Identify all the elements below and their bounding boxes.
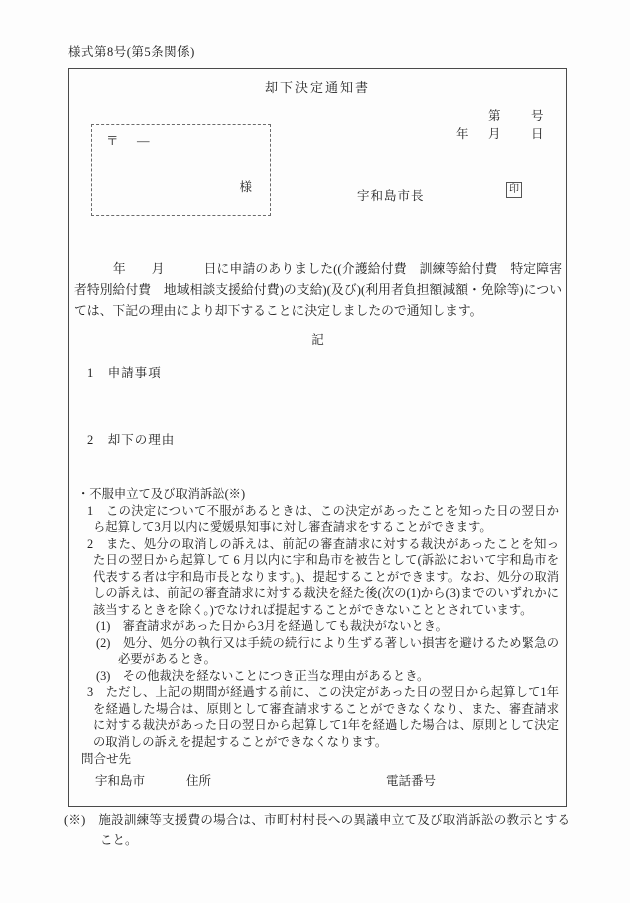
postal-code-field: 〒 ― (106, 131, 153, 149)
rejection-reason-heading: 2 却下の理由 (87, 430, 175, 448)
doc-number-suffix: 号 (531, 106, 544, 124)
document-page: 様式第8号(第5条関係) 却下決定通知書 第 号 年 月 日 〒 ― 様 宇和島… (0, 0, 630, 903)
document-title: 却下決定通知書 (69, 77, 566, 96)
contact-city: 宇和島市 (95, 771, 145, 789)
addressee-honorific: 様 (239, 177, 252, 195)
footnote: (※) 施設訓練等支援費の場合は、市町村村長への異議申立て及び取消訴訟の教示とす… (64, 810, 570, 850)
date-month-label: 月 (488, 124, 501, 142)
sender-title: 宇和島市長 (357, 186, 425, 204)
application-items-heading: 1 申請事項 (87, 363, 162, 381)
contact-section: 問合せ先 宇和島市 住所 電話番号 (81, 749, 556, 789)
date-year-label: 年 (456, 124, 469, 142)
contact-phone-label: 電話番号 (386, 771, 436, 789)
doc-number-prefix: 第 (488, 106, 501, 124)
form-number-label: 様式第8号(第5条関係) (68, 42, 195, 60)
addressee-box: 〒 ― 様 (91, 124, 271, 216)
contact-row: 宇和島市 住所 電話番号 (81, 771, 556, 789)
date-day-label: 日 (531, 124, 544, 142)
appeal-item-1: 1 この決定について不服があるときは、この決定があったことを知った日の翌日から起… (77, 503, 559, 536)
appeal-subitem-3: (3) その他裁決を経ないことにつき正当な理由があるとき。 (77, 668, 559, 685)
appeal-subitem-2: (2) 処分、処分の執行又は手続の続行により生ずる著しい損害を避けるため緊急の必… (77, 635, 559, 668)
contact-heading: 問合せ先 (81, 749, 556, 767)
record-marker: 記 (69, 330, 566, 348)
appeal-item-3: 3 ただし、上記の期間が経過する前に、この決定があった日の翌日から起算して1年を… (77, 684, 559, 750)
official-seal: 印 (506, 182, 522, 198)
notice-border-box: 却下決定通知書 第 号 年 月 日 〒 ― 様 宇和島市長 印 年 月 日に申請… (68, 68, 567, 807)
main-paragraph: 年 月 日に申請のありました((介護給付費 訓練等給付費 特定障害者特別給付費 … (74, 259, 562, 322)
appeal-section-heading: ・不服申立て及び取消訴訟(※) (77, 486, 559, 503)
appeal-section: ・不服申立て及び取消訴訟(※) 1 この決定について不服があるときは、この決定が… (77, 486, 559, 750)
appeal-subitem-1: (1) 審査請求があった日から3月を経過しても裁決がないとき。 (77, 618, 559, 635)
appeal-item-2: 2 また、処分の取消しの訴えは、前記の審査請求に対する裁決があったことを知った日… (77, 536, 559, 619)
contact-address-label: 住所 (186, 771, 211, 789)
